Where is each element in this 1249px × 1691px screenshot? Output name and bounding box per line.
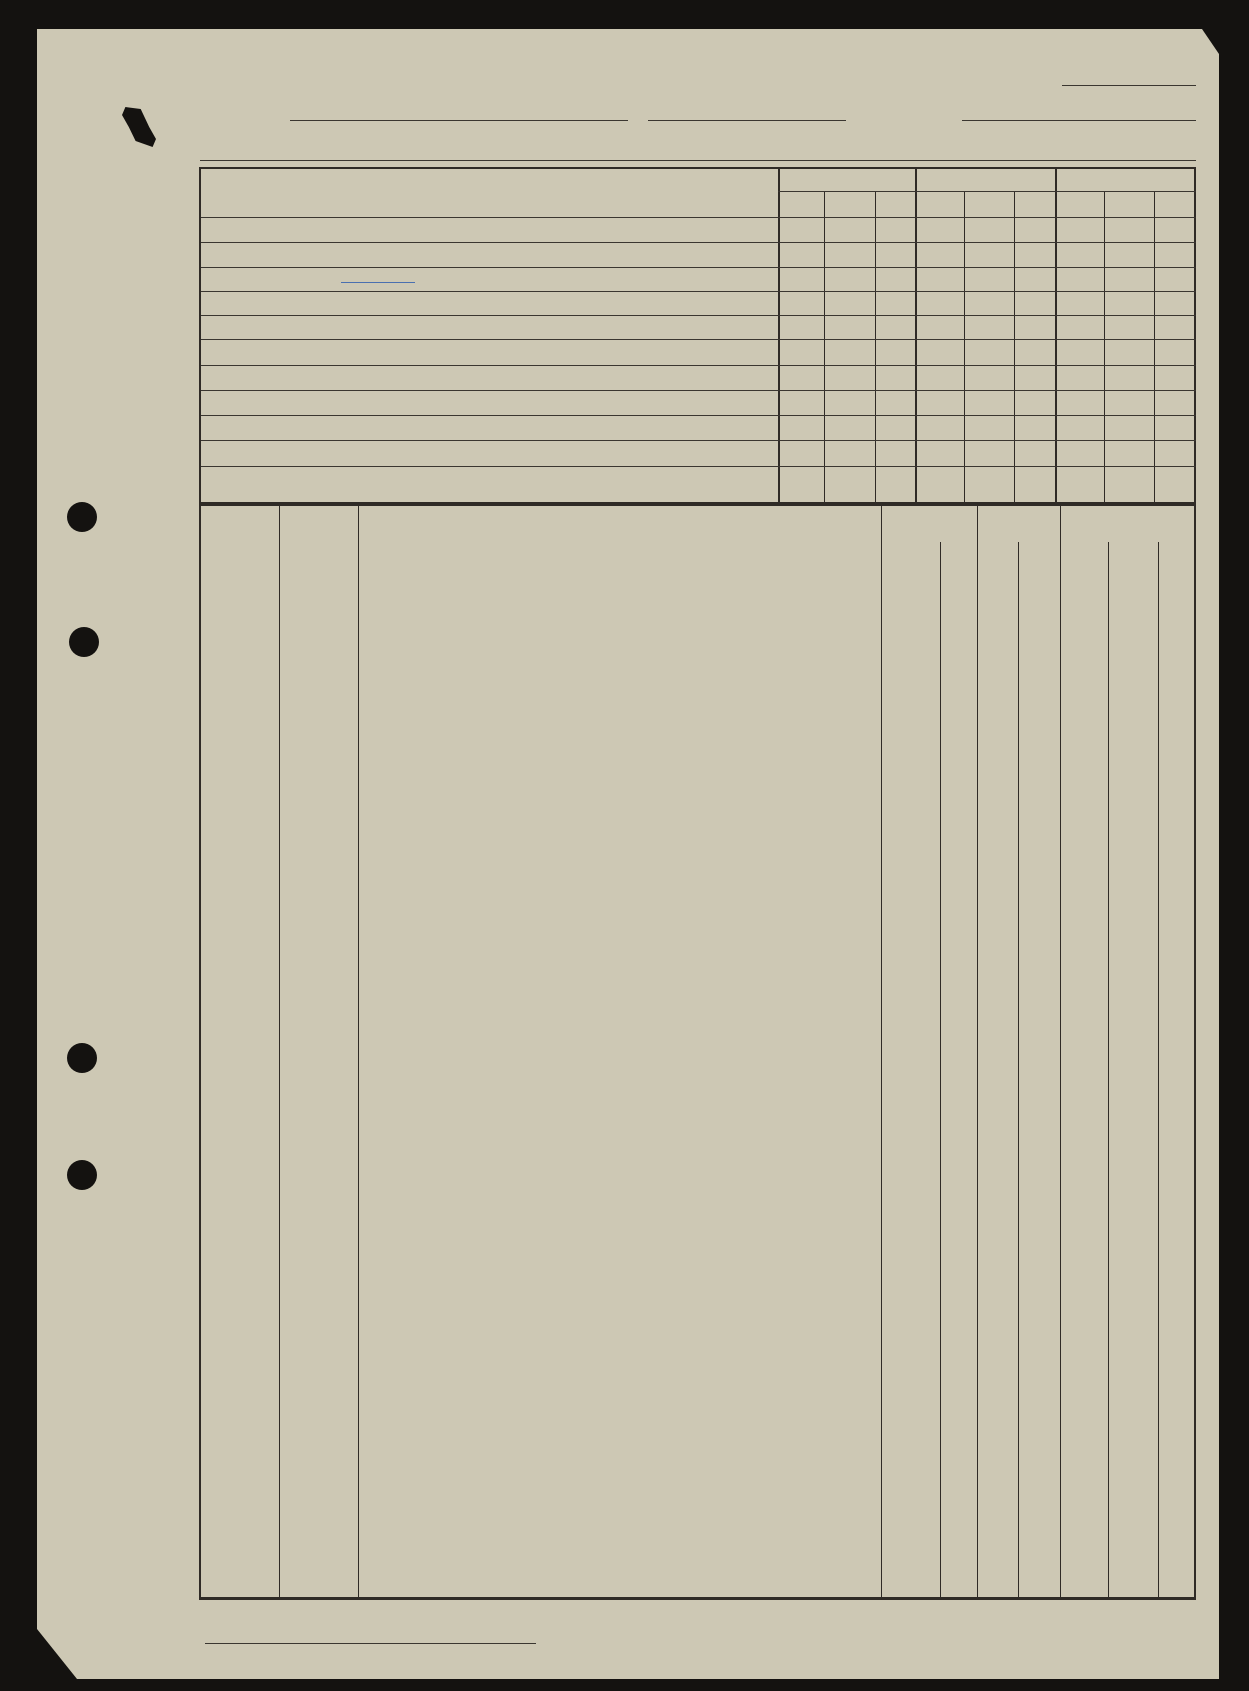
divider (1014, 191, 1015, 502)
header-bottom-line (200, 160, 1196, 161)
divider (201, 339, 1196, 340)
divider (201, 217, 1196, 218)
divider (875, 191, 876, 502)
binder-hole-3 (67, 1043, 97, 1073)
divider (201, 267, 1196, 268)
divider (915, 169, 917, 502)
divider (279, 506, 280, 1597)
divider (824, 191, 825, 502)
binder-hole-4 (67, 1160, 97, 1190)
divider (1154, 191, 1155, 502)
divider (778, 191, 1196, 192)
divider (201, 440, 1196, 441)
divider (201, 242, 1196, 243)
divider (1018, 542, 1019, 1597)
divider (1055, 169, 1057, 502)
detail-table (199, 504, 1196, 1600)
divider (964, 191, 965, 502)
work-order-underline (1062, 85, 1196, 86)
divider (1060, 506, 1061, 1597)
divider (881, 506, 882, 1597)
divider (1108, 542, 1109, 1597)
divider (977, 506, 978, 1597)
divider (201, 466, 1196, 467)
description-underline (962, 120, 1196, 121)
binder-hole-2 (69, 627, 99, 657)
location-underline (290, 120, 628, 121)
divider (1158, 542, 1159, 1597)
summary-table (199, 167, 1196, 504)
divider (201, 415, 1196, 416)
binder-hole-1 (67, 502, 97, 532)
divider (201, 315, 1196, 316)
divider (1104, 191, 1105, 502)
state-underline (648, 120, 846, 121)
divider (358, 506, 359, 1597)
divider (201, 390, 1196, 391)
divider (778, 169, 780, 502)
divider (940, 542, 941, 1597)
place-date-underline (205, 1643, 495, 1644)
footer-year-underline (494, 1643, 536, 1644)
divider (201, 365, 1196, 366)
strikethrough-mark (341, 282, 415, 283)
divider (201, 291, 1196, 292)
